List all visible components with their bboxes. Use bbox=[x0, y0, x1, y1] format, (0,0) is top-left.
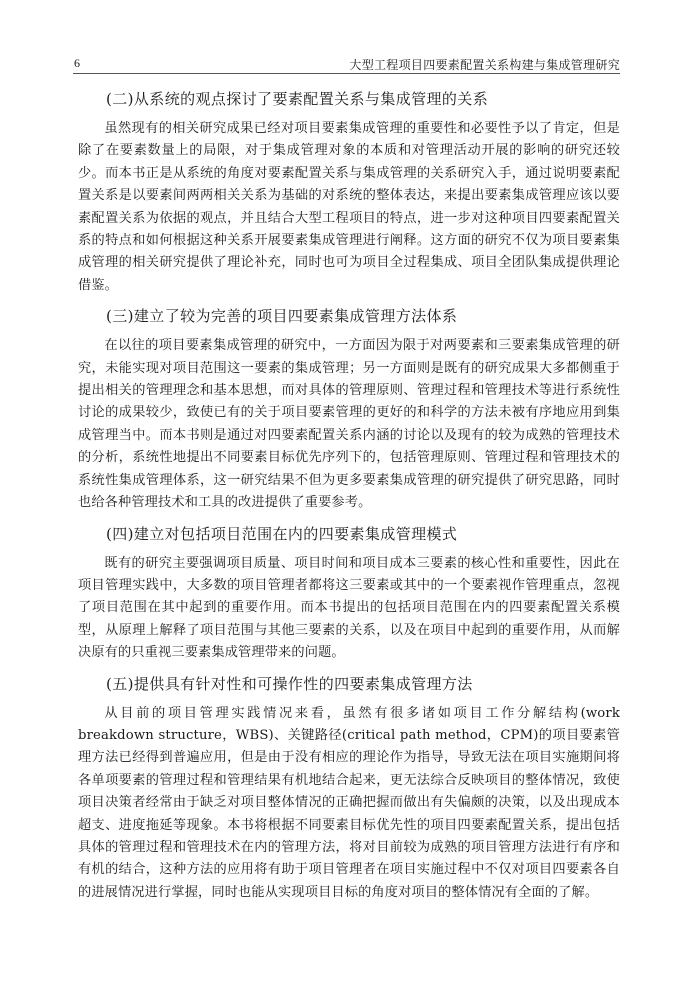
page-header: 6 大型工程项目四要素配置关系构建与集成管理研究 bbox=[73, 54, 620, 74]
section-paragraph: 从目前的项目管理实践情况来看，虽然有很多诸如项目工作分解结构(work brea… bbox=[78, 703, 620, 905]
section-paragraph: 在以往的项目要素集成管理的研究中，一方面因为限于对两要素和三要素集成管理的研究，… bbox=[78, 335, 620, 514]
section-heading: (三)建立了较为完善的项目四要素集成管理方法体系 bbox=[78, 305, 620, 329]
page-number: 6 bbox=[74, 56, 80, 71]
section-heading: (五)提供具有针对性和可操作性的四要素集成管理方法 bbox=[78, 673, 620, 697]
section-paragraph: 既有的研究主要强调项目质量、项目时间和项目成本三要素的核心性和重要性，因此在项目… bbox=[78, 553, 620, 665]
running-title: 大型工程项目四要素配置关系构建与集成管理研究 bbox=[349, 56, 620, 73]
section-heading: (四)建立对包括项目范围在内的四要素集成管理模式 bbox=[78, 523, 620, 547]
section-paragraph: 虽然现有的相关研究成果已经对项目要素集成管理的重要性和必要性予以了肯定，但是除了… bbox=[78, 118, 620, 297]
section-heading: (二)从系统的观点探讨了要素配置关系与集成管理的关系 bbox=[78, 88, 620, 112]
page-body: (二)从系统的观点探讨了要素配置关系与集成管理的关系 虽然现有的相关研究成果已经… bbox=[78, 88, 620, 904]
